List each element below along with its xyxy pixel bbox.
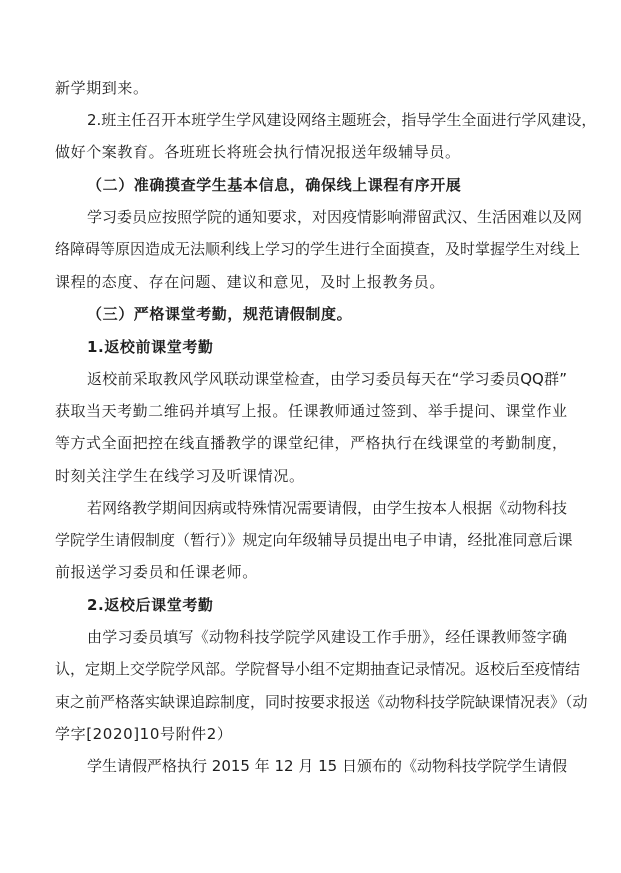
text-line-14: 若网络教学期间因病或特殊情况需要请假，由学生按本人根据《动物科技 — [87, 498, 567, 518]
text-line-12: 等方式全面把控在线直播教学的课堂纪律，严格执行在线课堂的考勤制度， — [55, 433, 567, 453]
text-line-22: 学生请假严格执行 2015 年 12 月 15 日颁布的《动物科技学院学生请假 — [87, 756, 567, 776]
text-line-20: 束之前严格落实缺课追踪制度，同时按要求报送《动物科技学院缺课情况表》（动 — [55, 692, 567, 712]
subheading-pre-return-attendance: 1.返校前课堂考勤 — [87, 337, 214, 357]
text-line-10: 返校前采取教风学风联动课堂检查，由学习委员每天在“学习委员QQ群” — [87, 369, 567, 389]
section-heading-3: （三）严格课堂考勤，规范请假制度。 — [87, 304, 352, 324]
text-line-5: 学习委员应按照学院的通知要求，对因疫情影响滞留武汉、生活困难以及网 — [87, 207, 567, 227]
subheading-post-return-attendance: 2.返校后课堂考勤 — [87, 595, 214, 615]
text-line-7: 课程的态度、存在问题、建议和意见，及时上报教务员。 — [55, 272, 445, 292]
text-line-3: 做好个案教育。各班班长将班会执行情况报送年级辅导员。 — [55, 142, 461, 162]
text-line-1: 新学期到来。 — [55, 78, 149, 98]
text-line-19: 认，定期上交学院学风部。学院督导小组不定期抽查记录情况。返校后至疫情结 — [55, 659, 567, 679]
text-line-6: 络障碍等原因造成无法顺利线上学习的学生进行全面摸查，及时掌握学生对线上 — [55, 239, 567, 259]
text-line-13: 时刻关注学生在线学习及听课情况。 — [55, 466, 305, 486]
text-line-16: 前报送学习委员和任课老师。 — [55, 562, 258, 582]
text-line-15: 学院学生请假制度（暂行）》规定向年级辅导员提出电子申请，经批准同意后课 — [55, 530, 567, 550]
text-line-21: 学字[2020]10号附件2） — [55, 724, 233, 744]
section-heading-2: （二）准确摸查学生基本信息，确保线上课程有序开展 — [87, 175, 461, 195]
text-line-2: 2.班主任召开本班学生学风建设网络主题班会，指导学生全面进行学风建设， — [87, 110, 567, 130]
text-line-11: 获取当天考勤二维码并填写上报。任课教师通过签到、举手提问、课堂作业 — [55, 401, 567, 421]
text-line-18: 由学习委员填写《动物科技学院学风建设工作手册》，经任课教师签字确 — [87, 627, 567, 647]
document-page: 新学期到来。 2.班主任召开本班学生学风建设网络主题班会，指导学生全面进行学风建… — [0, 0, 621, 873]
